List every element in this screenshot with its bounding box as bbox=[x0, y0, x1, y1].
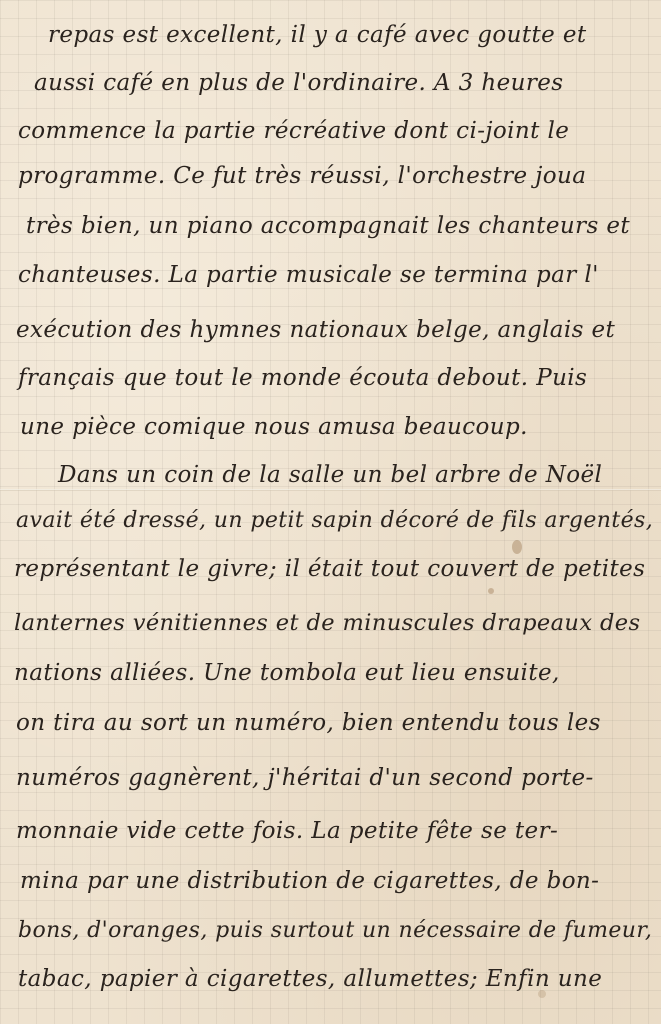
text-line: représentant le givre; il était tout cou… bbox=[14, 556, 645, 582]
text-line: tabac, papier à cigarettes, allumettes; … bbox=[18, 966, 602, 992]
text-line: aussi café en plus de l'ordinaire. A 3 h… bbox=[34, 70, 563, 96]
ink-stain bbox=[488, 588, 494, 594]
paper-fold-line bbox=[0, 489, 661, 491]
text-line: avait été dressé, un petit sapin décoré … bbox=[16, 508, 653, 533]
text-line: chanteuses. La partie musicale se termin… bbox=[18, 262, 599, 288]
text-line: repas est excellent, il y a café avec go… bbox=[48, 22, 587, 48]
text-line: une pièce comique nous amusa beaucoup. bbox=[20, 414, 528, 440]
text-line: commence la partie récréative dont ci-jo… bbox=[18, 118, 569, 144]
text-line: mina par une distribution de cigarettes,… bbox=[20, 868, 599, 894]
text-line: on tira au sort un numéro, bien entendu … bbox=[16, 710, 601, 736]
text-line: monnaie vide cette fois. La petite fête … bbox=[16, 818, 558, 844]
text-line: exécution des hymnes nationaux belge, an… bbox=[16, 317, 615, 343]
text-line: programme. Ce fut très réussi, l'orchest… bbox=[18, 163, 586, 189]
text-line: lanternes vénitiennes et de minuscules d… bbox=[14, 610, 640, 636]
text-line: très bien, un piano accompagnait les cha… bbox=[26, 213, 630, 239]
ink-stain bbox=[512, 540, 522, 554]
text-line: Dans un coin de la salle un bel arbre de… bbox=[58, 462, 602, 488]
text-line: numéros gagnèrent, j'héritai d'un second… bbox=[16, 765, 594, 791]
letter-page: repas est excellent, il y a café avec go… bbox=[0, 0, 661, 1024]
text-line: français que tout le monde écouta debout… bbox=[18, 365, 587, 391]
text-line: nations alliées. Une tombola eut lieu en… bbox=[14, 660, 560, 686]
text-line: bons, d'oranges, puis surtout un nécessa… bbox=[18, 918, 652, 943]
